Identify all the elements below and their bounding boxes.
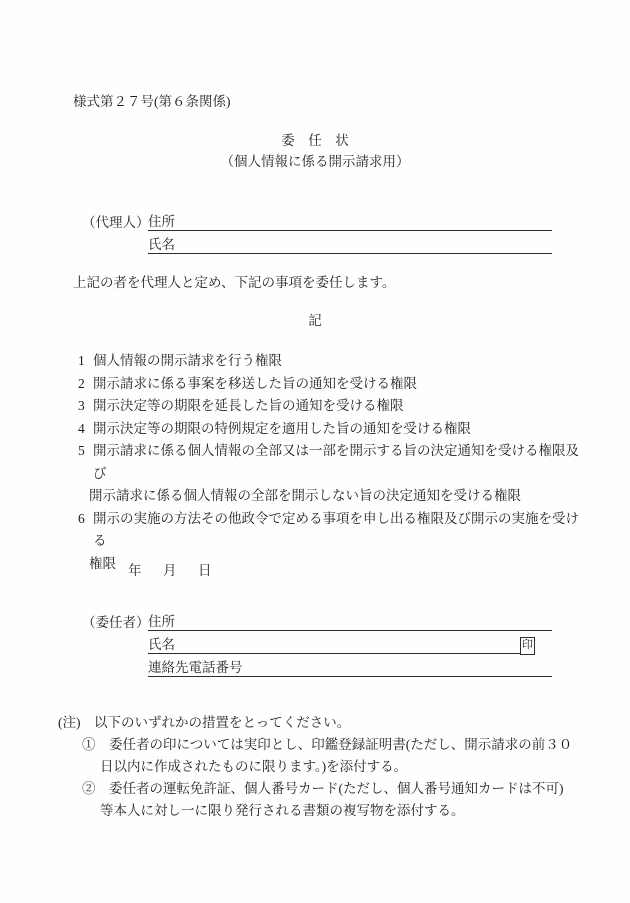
document-title: 委 任 状 [0,131,630,151]
principal-name-row: 氏名 印 [82,631,552,654]
list-item: 4 開示決定等の期限の特例規定を適用した旨の通知を受ける権限 [78,418,585,441]
agent-address-row: （代理人） 住所 [82,208,552,231]
list-item-text: 開示決定等の期限を延長した旨の通知を受ける権限 [93,395,585,418]
principal-name-label: 氏名 [148,636,175,653]
list-item-number: 1 [78,350,93,373]
principal-section: （委任者） 住所 氏名 印 連絡先電話番号 [82,608,552,677]
agent-address-label: 住所 [148,213,175,230]
principal-phone-row: 連絡先電話番号 [82,654,552,677]
note-line: 日以内に作成されたものに限ります。)を添付する。 [0,756,600,778]
list-item-number: 2 [78,373,93,396]
principal-address-label: 住所 [148,613,175,630]
principal-address-underline: 住所 [148,613,552,631]
form-number: 様式第２７号(第６条関係) [73,92,231,112]
list-item-text: 開示の実施の方法その他政令で定める事項を申し出る権限及び開示の実施を受ける [93,508,585,553]
note-line: (注) 以下のいずれかの措置をとってください。 [0,712,600,734]
document-subtitle: （個人情報に係る開示請求用） [0,152,630,172]
list-item-text: 開示請求に係る個人情報の全部を開示しない旨の決定通知を受ける権限 [89,485,585,508]
agent-section-label: （代理人） [82,214,148,231]
list-item-number: 5 [78,440,93,485]
principal-phone-underline: 連絡先電話番号 [148,659,552,677]
notes-section: (注) 以下のいずれかの措置をとってください。 ① 委任者の印については実印とし… [0,712,600,822]
date-line: 年 月 日 [128,560,216,582]
list-item-text: 個人情報の開示請求を行う権限 [93,350,585,373]
note-line: ① 委任者の印については実印とし、印鑑登録証明書(ただし、開示請求の前３０ [0,734,600,756]
note-line: ② 委任者の運転免許証、個人番号カード(ただし、個人番号通知カードは不可) [0,778,600,800]
list-item: 5 開示請求に係る個人情報の全部又は一部を開示する旨の決定通知を受ける権限及び [78,440,585,485]
principal-address-row: （委任者） 住所 [82,608,552,631]
list-item-number: 3 [78,395,93,418]
list-item-text: 開示決定等の期限の特例規定を適用した旨の通知を受ける権限 [93,418,585,441]
principal-name-underline: 氏名 印 [148,636,535,654]
list-item-number: 4 [78,418,93,441]
list-item-number: 6 [78,508,93,553]
delegation-list: 1 個人情報の開示請求を行う権限 2 開示請求に係る事案を移送した旨の通知を受け… [78,350,585,575]
list-item: 3 開示決定等の期限を延長した旨の通知を受ける権限 [78,395,585,418]
note-line: 等本人に対し一に限り発行される書類の複写物を添付する。 [0,800,600,822]
agent-name-row: 氏名 [82,231,552,254]
agent-section: （代理人） 住所 氏名 [82,208,552,254]
list-item-text: 開示請求に係る個人情報の全部又は一部を開示する旨の決定通知を受ける権限及び [93,440,585,485]
document-page: 様式第２７号(第６条関係) 委 任 状 （個人情報に係る開示請求用） （代理人）… [0,0,630,903]
agent-name-label: 氏名 [148,236,175,253]
list-item: 1 個人情報の開示請求を行う権限 [78,350,585,373]
record-marker: 記 [0,311,630,331]
principal-section-label: （委任者） [82,614,148,631]
seal-box: 印 [520,637,535,655]
declaration-text: 上記の者を代理人と定め、下記の事項を委任します。 [73,273,395,293]
principal-phone-label: 連絡先電話番号 [148,659,243,676]
list-item-continuation: 開示請求に係る個人情報の全部を開示しない旨の決定通知を受ける権限 [78,485,585,508]
agent-name-underline: 氏名 [148,236,552,254]
list-item: 6 開示の実施の方法その他政令で定める事項を申し出る権限及び開示の実施を受ける [78,508,585,553]
list-item-text: 開示請求に係る事案を移送した旨の通知を受ける権限 [93,373,585,396]
list-item: 2 開示請求に係る事案を移送した旨の通知を受ける権限 [78,373,585,396]
agent-address-underline: 住所 [148,213,552,231]
